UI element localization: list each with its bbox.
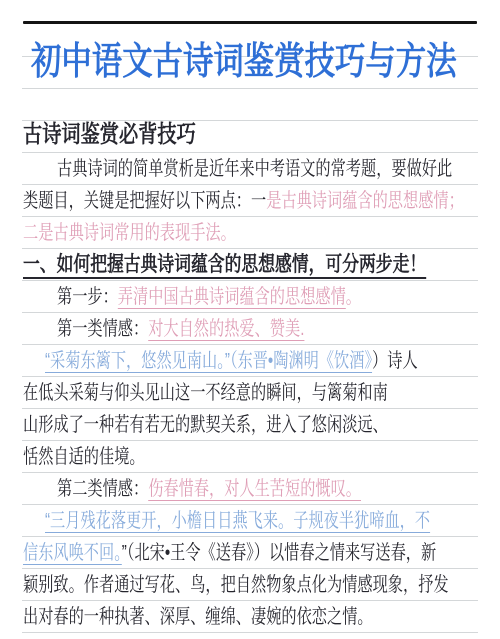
text-segment: 在低头采菊与仰头见山这一不经意的瞬间，与篱菊和南 bbox=[23, 382, 388, 404]
text-segment: “采菊东篱下，悠然见南山。”（东晋•陶渊明《饮酒》 bbox=[45, 350, 372, 372]
ruled-line bbox=[22, 376, 478, 377]
text-line: 信东风唤不回。”（北宋•王令《送春》）以惜春之情来写送春，新 bbox=[23, 539, 436, 567]
text-segment: 。 bbox=[346, 286, 361, 308]
text-segment: 信东风唤不回。 bbox=[23, 542, 122, 564]
ruled-line bbox=[22, 600, 478, 601]
ruled-line bbox=[22, 472, 478, 473]
notebook-page: 初中语文古诗词鉴赏技巧与方法 古诗词鉴赏必背技巧古典诗词的简单赏析是近年来中考语… bbox=[0, 0, 500, 639]
text-segment: 山形成了一种若有若无的默契关系，进入了悠闲淡远、 bbox=[23, 414, 388, 436]
ruled-line bbox=[22, 568, 478, 569]
ruled-line bbox=[22, 248, 478, 249]
text-segment: 第一步： bbox=[57, 286, 118, 308]
text-segment: 弄清中国古典诗词蕴含的思想感情 bbox=[118, 286, 346, 308]
page-title: 初中语文古诗词鉴赏技巧与方法 bbox=[31, 40, 457, 84]
text-segment: “三月残花落更开，小檐日日燕飞来。子规夜半犹啼血，不 bbox=[45, 510, 430, 532]
text-line: 古诗词鉴赏必背技巧 bbox=[23, 119, 196, 151]
top-border-line bbox=[23, 21, 477, 24]
text-line: “采菊东篱下，悠然见南山。”（东晋•陶渊明《饮酒》）诗人 bbox=[45, 347, 418, 375]
text-line: 古典诗词的简单赏析是近年来中考语文的常考题，要做好此 bbox=[57, 155, 452, 183]
text-segment: 古诗词鉴赏必背技巧 bbox=[23, 121, 196, 148]
text-segment: ）诗人 bbox=[372, 350, 418, 372]
text-segment: 第一类情感： bbox=[57, 318, 148, 340]
ruled-line bbox=[22, 152, 478, 153]
text-segment: 伤春惜春，对人生苦短的慨叹。 bbox=[148, 478, 361, 500]
text-line: 颖别致。作者通过写花、鸟，把自然物象点化为情感现象，抒发 bbox=[23, 571, 449, 599]
text-segment: 是古典诗词蕴含的思想感情； bbox=[266, 190, 464, 212]
ruled-line bbox=[22, 408, 478, 409]
text-segment: 出对春的一种执著、深厚、缠绵、凄婉的依恋之情。 bbox=[23, 606, 373, 628]
ruled-line bbox=[22, 440, 478, 441]
text-segment: 古典诗词的简单赏析是近年来中考语文的常考题，要做好此 bbox=[57, 158, 452, 180]
ruled-line bbox=[22, 280, 478, 281]
text-line: 恬然自适的佳境。 bbox=[23, 443, 145, 471]
ruled-line bbox=[22, 216, 478, 217]
text-line: 第二类情感：伤春惜春，对人生苦短的慨叹。 bbox=[57, 475, 361, 503]
ruled-line bbox=[22, 536, 478, 537]
ruled-line bbox=[22, 312, 478, 313]
ruled-line bbox=[22, 184, 478, 185]
text-segment: ”（北宋•王令《送春》）以惜春之情来写送春，新 bbox=[122, 542, 436, 564]
text-segment: 二是古典诗词常用的表现手法。 bbox=[23, 222, 236, 244]
ruled-line bbox=[22, 504, 478, 505]
text-line: 在低头采菊与仰头见山这一不经意的瞬间，与篱菊和南 bbox=[23, 379, 388, 407]
text-line: 第一步：弄清中国古典诗词蕴含的思想感情。 bbox=[57, 283, 361, 311]
text-segment: 颖别致。作者通过写花、鸟，把自然物象点化为情感现象，抒发 bbox=[23, 574, 449, 596]
ruled-line bbox=[22, 344, 478, 345]
text-line: 山形成了一种若有若无的默契关系，进入了悠闲淡远、 bbox=[23, 411, 388, 439]
text-segment: 对大自然的热爱、赞美. bbox=[148, 318, 304, 340]
text-line: 出对春的一种执著、深厚、缠绵、凄婉的依恋之情。 bbox=[23, 603, 373, 631]
text-segment: 一、如何把握古典诗词蕴含的思想感情，可分两步走！ bbox=[23, 253, 426, 276]
text-segment: 恬然自适的佳境。 bbox=[23, 446, 145, 468]
text-line: 第一类情感：对大自然的热爱、赞美. bbox=[57, 315, 304, 343]
text-line: 类题目，关键是把握好以下两点：一是古典诗词蕴含的思想感情； bbox=[23, 187, 464, 215]
ruled-line bbox=[22, 88, 478, 89]
text-segment: 类题目，关键是把握好以下两点：一 bbox=[23, 190, 266, 212]
text-line: 二是古典诗词常用的表现手法。 bbox=[23, 219, 236, 247]
ruled-line bbox=[22, 632, 478, 633]
text-line: 一、如何把握古典诗词蕴含的思想感情，可分两步走！ bbox=[23, 250, 426, 279]
text-segment: 第二类情感： bbox=[57, 478, 148, 500]
text-line: “三月残花落更开，小檐日日燕飞来。子规夜半犹啼血，不 bbox=[45, 507, 430, 535]
